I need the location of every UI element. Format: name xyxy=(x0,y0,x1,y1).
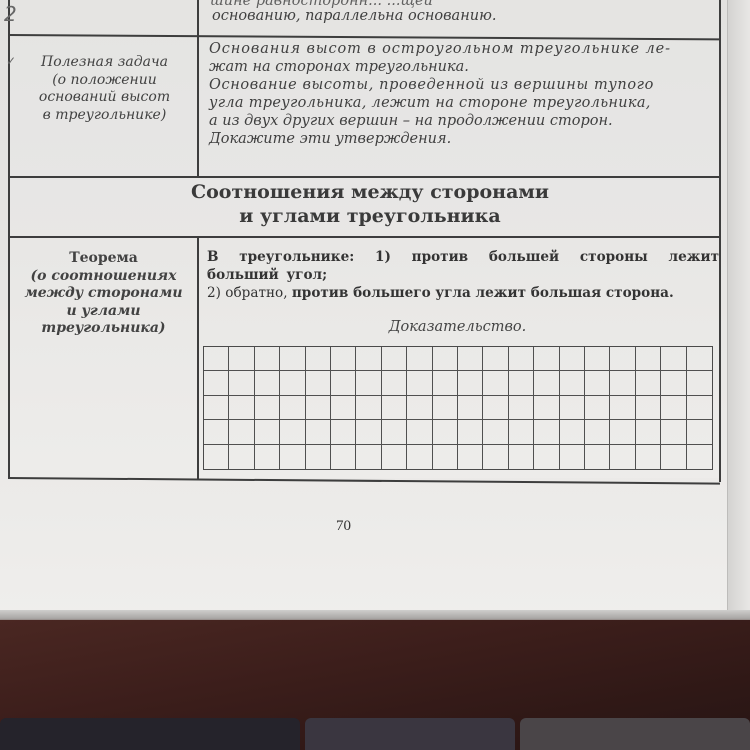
grid-cell[interactable] xyxy=(331,445,356,469)
grid-cell[interactable] xyxy=(687,445,712,469)
problem-text-line: жат на сторонах треугольника. xyxy=(209,58,719,76)
grid-cell[interactable] xyxy=(534,396,559,420)
grid-cell[interactable] xyxy=(433,371,458,395)
column-divider-top xyxy=(197,0,199,178)
grid-cell[interactable] xyxy=(585,347,610,371)
grid-cell[interactable] xyxy=(255,420,280,444)
grid-cell[interactable] xyxy=(255,347,280,371)
theorem-statement-part1: В треугольнике: 1) против большей сторон… xyxy=(207,248,719,284)
grid-cell[interactable] xyxy=(280,371,305,395)
useful-problem-label: Полезная задача (о положении оснований в… xyxy=(12,54,197,124)
grid-cell[interactable] xyxy=(229,420,254,444)
grid-cell[interactable] xyxy=(204,420,229,444)
grid-cell[interactable] xyxy=(204,371,229,395)
grid-cell[interactable] xyxy=(255,371,280,395)
theorem-label-line: между сторонами xyxy=(10,285,197,303)
grid-cell[interactable] xyxy=(331,371,356,395)
useful-problem-label-line: (о положении xyxy=(12,72,197,90)
grid-cell[interactable] xyxy=(255,396,280,420)
grid-cell[interactable] xyxy=(687,347,712,371)
grid-cell[interactable] xyxy=(560,347,585,371)
grid-cell[interactable] xyxy=(255,445,280,469)
grid-cell[interactable] xyxy=(306,371,331,395)
grid-cell[interactable] xyxy=(356,347,381,371)
grid-cell[interactable] xyxy=(280,420,305,444)
grid-cell[interactable] xyxy=(687,396,712,420)
grid-cell[interactable] xyxy=(636,420,661,444)
grid-cell[interactable] xyxy=(433,347,458,371)
grid-cell[interactable] xyxy=(356,371,381,395)
grid-cell[interactable] xyxy=(509,347,534,371)
grid-cell[interactable] xyxy=(534,371,559,395)
desk-object-right xyxy=(520,718,750,750)
section-title-line: и углами треугольника xyxy=(100,204,640,228)
grid-cell[interactable] xyxy=(509,420,534,444)
useful-problem-label-line: оснований высот xyxy=(12,89,197,107)
grid-cell[interactable] xyxy=(229,445,254,469)
grid-cell[interactable] xyxy=(331,420,356,444)
grid-cell[interactable] xyxy=(407,445,432,469)
theorem-part2-prefix: 2) обратно, xyxy=(207,285,292,301)
grid-cell[interactable] xyxy=(280,396,305,420)
grid-cell[interactable] xyxy=(229,371,254,395)
grid-cell[interactable] xyxy=(331,347,356,371)
grid-cell[interactable] xyxy=(204,347,229,371)
top-row-last-line: основанию, параллельна основанию. xyxy=(212,7,496,25)
grid-cell[interactable] xyxy=(687,420,712,444)
theorem-statement-part2: 2) обратно, против большего угла лежит б… xyxy=(207,284,719,302)
grid-cell[interactable] xyxy=(433,420,458,444)
grid-cell[interactable] xyxy=(636,371,661,395)
useful-problem-label-line: в треугольнике) xyxy=(12,107,197,125)
grid-cell[interactable] xyxy=(458,396,483,420)
grid-cell[interactable] xyxy=(382,371,407,395)
grid-cell[interactable] xyxy=(306,347,331,371)
proof-answer-grid[interactable] xyxy=(203,346,713,470)
grid-cell[interactable] xyxy=(534,347,559,371)
grid-cell[interactable] xyxy=(560,396,585,420)
grid-cell[interactable] xyxy=(687,371,712,395)
grid-cell[interactable] xyxy=(229,396,254,420)
grid-cell[interactable] xyxy=(636,396,661,420)
theorem-label: Теорема (о соотношениях между сторонами … xyxy=(10,250,197,338)
grid-cell[interactable] xyxy=(356,445,381,469)
section-title: Соотношения между сторонами и углами тре… xyxy=(100,180,640,228)
grid-cell[interactable] xyxy=(661,371,686,395)
theorem-label-line: (о соотношениях xyxy=(10,268,197,286)
grid-cell[interactable] xyxy=(204,445,229,469)
grid-cell[interactable] xyxy=(204,396,229,420)
grid-cell[interactable] xyxy=(661,396,686,420)
grid-cell[interactable] xyxy=(407,396,432,420)
grid-cell[interactable] xyxy=(560,445,585,469)
textbook-page: 2 ✓ шине равносторонн... ...щей основани… xyxy=(0,0,750,620)
grid-cell[interactable] xyxy=(585,420,610,444)
grid-cell[interactable] xyxy=(483,371,508,395)
grid-cell[interactable] xyxy=(610,347,635,371)
grid-cell[interactable] xyxy=(433,445,458,469)
grid-cell[interactable] xyxy=(280,347,305,371)
useful-problem-text: Основания высот в остроугольном треуголь… xyxy=(209,40,719,148)
table-left-border xyxy=(8,0,10,478)
grid-cell[interactable] xyxy=(382,396,407,420)
desk-object-left xyxy=(0,718,300,750)
grid-cell[interactable] xyxy=(585,396,610,420)
section-title-line: Соотношения между сторонами xyxy=(100,180,640,204)
grid-cell[interactable] xyxy=(382,420,407,444)
grid-cell[interactable] xyxy=(458,420,483,444)
grid-cell[interactable] xyxy=(610,396,635,420)
grid-cell[interactable] xyxy=(560,371,585,395)
table-bottom-border xyxy=(8,477,720,484)
grid-cell[interactable] xyxy=(306,396,331,420)
handwritten-mark-2: 2 xyxy=(4,2,17,26)
grid-cell[interactable] xyxy=(458,371,483,395)
page-edge xyxy=(727,0,750,620)
theorem-statement: В треугольнике: 1) против большей сторон… xyxy=(207,248,719,302)
theorem-part2-bold: против большего угла лежит большая сторо… xyxy=(292,285,674,301)
grid-cell[interactable] xyxy=(306,420,331,444)
grid-cell[interactable] xyxy=(483,347,508,371)
column-divider-bottom xyxy=(197,236,199,480)
grid-cell[interactable] xyxy=(560,420,585,444)
grid-cell[interactable] xyxy=(483,445,508,469)
table-right-border xyxy=(719,0,721,482)
grid-cell[interactable] xyxy=(382,347,407,371)
grid-cell[interactable] xyxy=(458,347,483,371)
grid-cell[interactable] xyxy=(433,396,458,420)
grid-cell[interactable] xyxy=(407,371,432,395)
grid-cell[interactable] xyxy=(306,445,331,469)
row-divider-2 xyxy=(8,176,720,178)
grid-cell[interactable] xyxy=(610,445,635,469)
grid-cell[interactable] xyxy=(636,445,661,469)
grid-cell[interactable] xyxy=(458,445,483,469)
grid-cell[interactable] xyxy=(509,396,534,420)
theorem-label-line: и углами xyxy=(10,303,197,321)
grid-cell[interactable] xyxy=(407,347,432,371)
grid-cell[interactable] xyxy=(407,420,432,444)
grid-cell[interactable] xyxy=(483,396,508,420)
grid-cell[interactable] xyxy=(585,371,610,395)
problem-text-line: Основание высоты, проведенной из вершины… xyxy=(209,76,719,94)
problem-text-line: а из двух других вершин – на продолжении… xyxy=(209,112,719,130)
desk-object-middle xyxy=(305,718,515,750)
useful-problem-label-line: Полезная задача xyxy=(12,54,197,72)
page-number: 70 xyxy=(336,518,351,535)
theorem-heading: Теорема xyxy=(10,250,197,268)
grid-cell[interactable] xyxy=(280,445,305,469)
row-divider-3 xyxy=(8,236,720,238)
problem-text-line: Основания высот в остроугольном треуголь… xyxy=(209,40,719,58)
problem-text-line: угла треугольника, лежит на стороне треу… xyxy=(209,94,719,112)
grid-cell[interactable] xyxy=(356,396,381,420)
grid-cell[interactable] xyxy=(356,420,381,444)
problem-text-line: Докажите эти утверждения. xyxy=(209,130,719,148)
grid-cell[interactable] xyxy=(229,347,254,371)
grid-cell[interactable] xyxy=(661,445,686,469)
grid-cell[interactable] xyxy=(382,445,407,469)
grid-cell[interactable] xyxy=(636,347,661,371)
grid-cell[interactable] xyxy=(509,445,534,469)
grid-cell[interactable] xyxy=(331,396,356,420)
grid-cell[interactable] xyxy=(585,445,610,469)
grid-cell[interactable] xyxy=(509,371,534,395)
theorem-label-line: треугольника) xyxy=(10,320,197,338)
proof-label: Доказательство. xyxy=(200,319,715,335)
grid-cell[interactable] xyxy=(534,420,559,444)
grid-cell[interactable] xyxy=(661,347,686,371)
grid-cell[interactable] xyxy=(661,420,686,444)
grid-cell[interactable] xyxy=(483,420,508,444)
grid-cell[interactable] xyxy=(610,371,635,395)
grid-cell[interactable] xyxy=(610,420,635,444)
grid-cell[interactable] xyxy=(534,445,559,469)
